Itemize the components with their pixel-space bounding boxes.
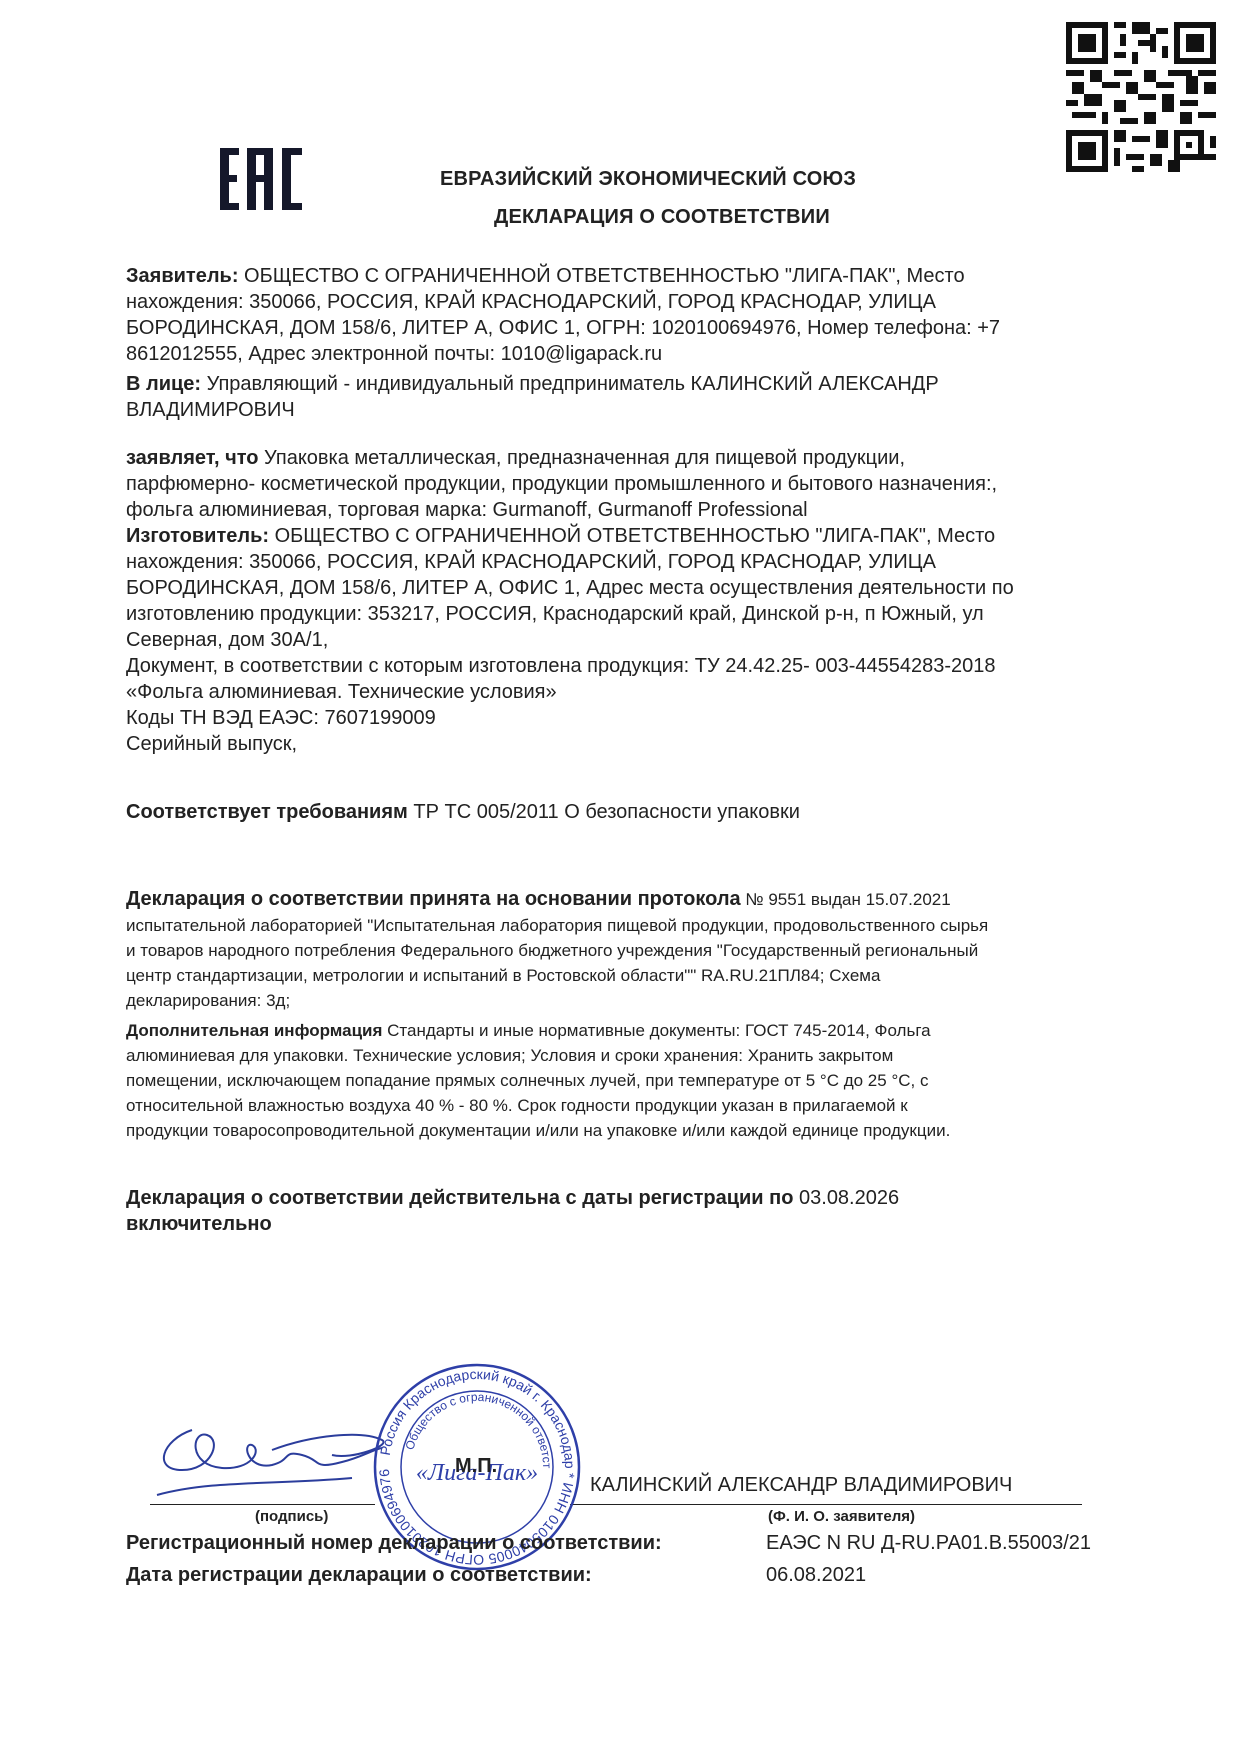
basis-line: декларирования: 3д; — [126, 988, 1176, 1013]
additional-info-line: помещении, исключающем попадание прямых … — [126, 1068, 1176, 1093]
additional-info-label: Дополнительная информация — [126, 1021, 382, 1040]
represented-by-label: В лице: — [126, 373, 201, 395]
applicant-line: нахождения: 350066, РОССИЯ, КРАЙ КРАСНОД… — [126, 289, 1176, 315]
validity-date: 03.08.2026 — [793, 1187, 899, 1209]
applicant-line: ОБЩЕСТВО С ОГРАНИЧЕННОЙ ОТВЕТСТВЕННОСТЬЮ… — [239, 265, 965, 287]
manufacturer-line: «Фольга алюминиевая. Технические условия… — [126, 679, 1176, 705]
applicant-line: БОРОДИНСКАЯ, ДОМ 158/6, ЛИТЕР А, ОФИС 1,… — [126, 315, 1176, 341]
protocol-number: № 9551 выдан 15.07.2021 — [741, 890, 951, 909]
signature-line — [150, 1504, 375, 1505]
basis-line: и товаров народного потребления Федераль… — [126, 938, 1176, 963]
registration-date-value: 06.08.2021 — [766, 1564, 866, 1587]
declares-section: заявляет, что Упаковка металлическая, пр… — [126, 445, 1176, 523]
name-caption: (Ф. И. О. заявителя) — [768, 1508, 915, 1525]
registration-date-label: Дата регистрации декларации о соответств… — [126, 1564, 592, 1587]
conformity-label: Соответствует требованиям — [126, 801, 408, 823]
stamp-mark: М.П. — [455, 1455, 497, 1478]
applicant-line: 8612012555, Адрес электронной почты: 101… — [126, 341, 1176, 367]
document-title: ДЕКЛАРАЦИЯ О СООТВЕТСТВИИ — [494, 206, 830, 229]
applicant-label: Заявитель: — [126, 265, 239, 287]
declares-label: заявляет, что — [126, 447, 259, 469]
manufacturer-line: изготовлению продукции: 353217, РОССИЯ, … — [126, 601, 1176, 627]
conformity-value: ТР ТС 005/2011 О безопасности упаковки — [408, 801, 800, 823]
declares-line: фольга алюминиевая, торговая марка: Gurm… — [126, 497, 1176, 523]
applicant-section: Заявитель: ОБЩЕСТВО С ОГРАНИЧЕННОЙ ОТВЕТ… — [126, 263, 1176, 367]
validity-section: Декларация о соответствии действительна … — [126, 1185, 1176, 1237]
declares-line: Упаковка металлическая, предназначенная … — [259, 447, 906, 469]
manufacturer-label: Изготовитель: — [126, 525, 269, 547]
additional-info-line: Стандарты и иные нормативные документы: … — [382, 1021, 930, 1040]
eac-logo — [216, 140, 306, 216]
basis-line: центр стандартизации, метрологии и испыт… — [126, 963, 1176, 988]
basis-line: испытательной лабораторией "Испытательна… — [126, 913, 1176, 938]
manufacturer-line: ОБЩЕСТВО С ОГРАНИЧЕННОЙ ОТВЕТСТВЕННОСТЬЮ… — [269, 525, 995, 547]
manufacturer-line: Северная, дом 30А/1, — [126, 627, 1176, 653]
qr-code — [1066, 22, 1216, 172]
signer-name: КАЛИНСКИЙ АЛЕКСАНДР ВЛАДИМИРОВИЧ — [590, 1474, 1012, 1497]
validity-label: Декларация о соответствии действительна … — [126, 1187, 793, 1209]
validity-suffix: включительно — [126, 1213, 272, 1235]
basis-section: Декларация о соответствии принята на осн… — [126, 886, 1176, 1013]
manufacturer-line: Серийный выпуск, — [126, 731, 1176, 757]
additional-info-section: Дополнительная информация Стандарты и ин… — [126, 1018, 1176, 1143]
union-title: ЕВРАЗИЙСКИЙ ЭКОНОМИЧЕСКИЙ СОЮЗ — [440, 168, 856, 191]
additional-info-line: алюминиевая для упаковки. Технические ус… — [126, 1043, 1176, 1068]
conformity-section: Соответствует требованиям ТР ТС 005/2011… — [126, 799, 1176, 825]
basis-label: Декларация о соответствии принята на осн… — [126, 888, 741, 910]
manufacturer-section: Изготовитель: ОБЩЕСТВО С ОГРАНИЧЕННОЙ ОТ… — [126, 523, 1176, 757]
manufacturer-line: Документ, в соответствии с которым изгот… — [126, 653, 1176, 679]
additional-info-line: продукции товаросопроводительной докумен… — [126, 1118, 1176, 1143]
represented-by-section: В лице: Управляющий - индивидуальный пре… — [126, 371, 1176, 423]
manufacturer-line: Коды ТН ВЭД ЕАЭС: 7607199009 — [126, 705, 1176, 731]
declares-line: парфюмерно- косметической продукции, про… — [126, 471, 1176, 497]
manufacturer-line: нахождения: 350066, РОССИЯ, КРАЙ КРАСНОД… — [126, 549, 1176, 575]
handwritten-signature — [152, 1410, 392, 1500]
manufacturer-line: БОРОДИНСКАЯ, ДОМ 158/6, ЛИТЕР А, ОФИС 1,… — [126, 575, 1176, 601]
represented-by-line: Управляющий - индивидуальный предпринима… — [201, 373, 939, 395]
represented-by-line: ВЛАДИМИРОВИЧ — [126, 397, 1176, 423]
signature-caption: (подпись) — [255, 1508, 328, 1525]
registration-number-label: Регистрационный номер декларации о соотв… — [126, 1532, 662, 1555]
registration-number-value: ЕАЭС N RU Д-RU.PA01.B.55003/21 — [766, 1532, 1091, 1555]
additional-info-line: относительной влажностью воздуха 40 % - … — [126, 1093, 1176, 1118]
name-line — [570, 1504, 1082, 1505]
